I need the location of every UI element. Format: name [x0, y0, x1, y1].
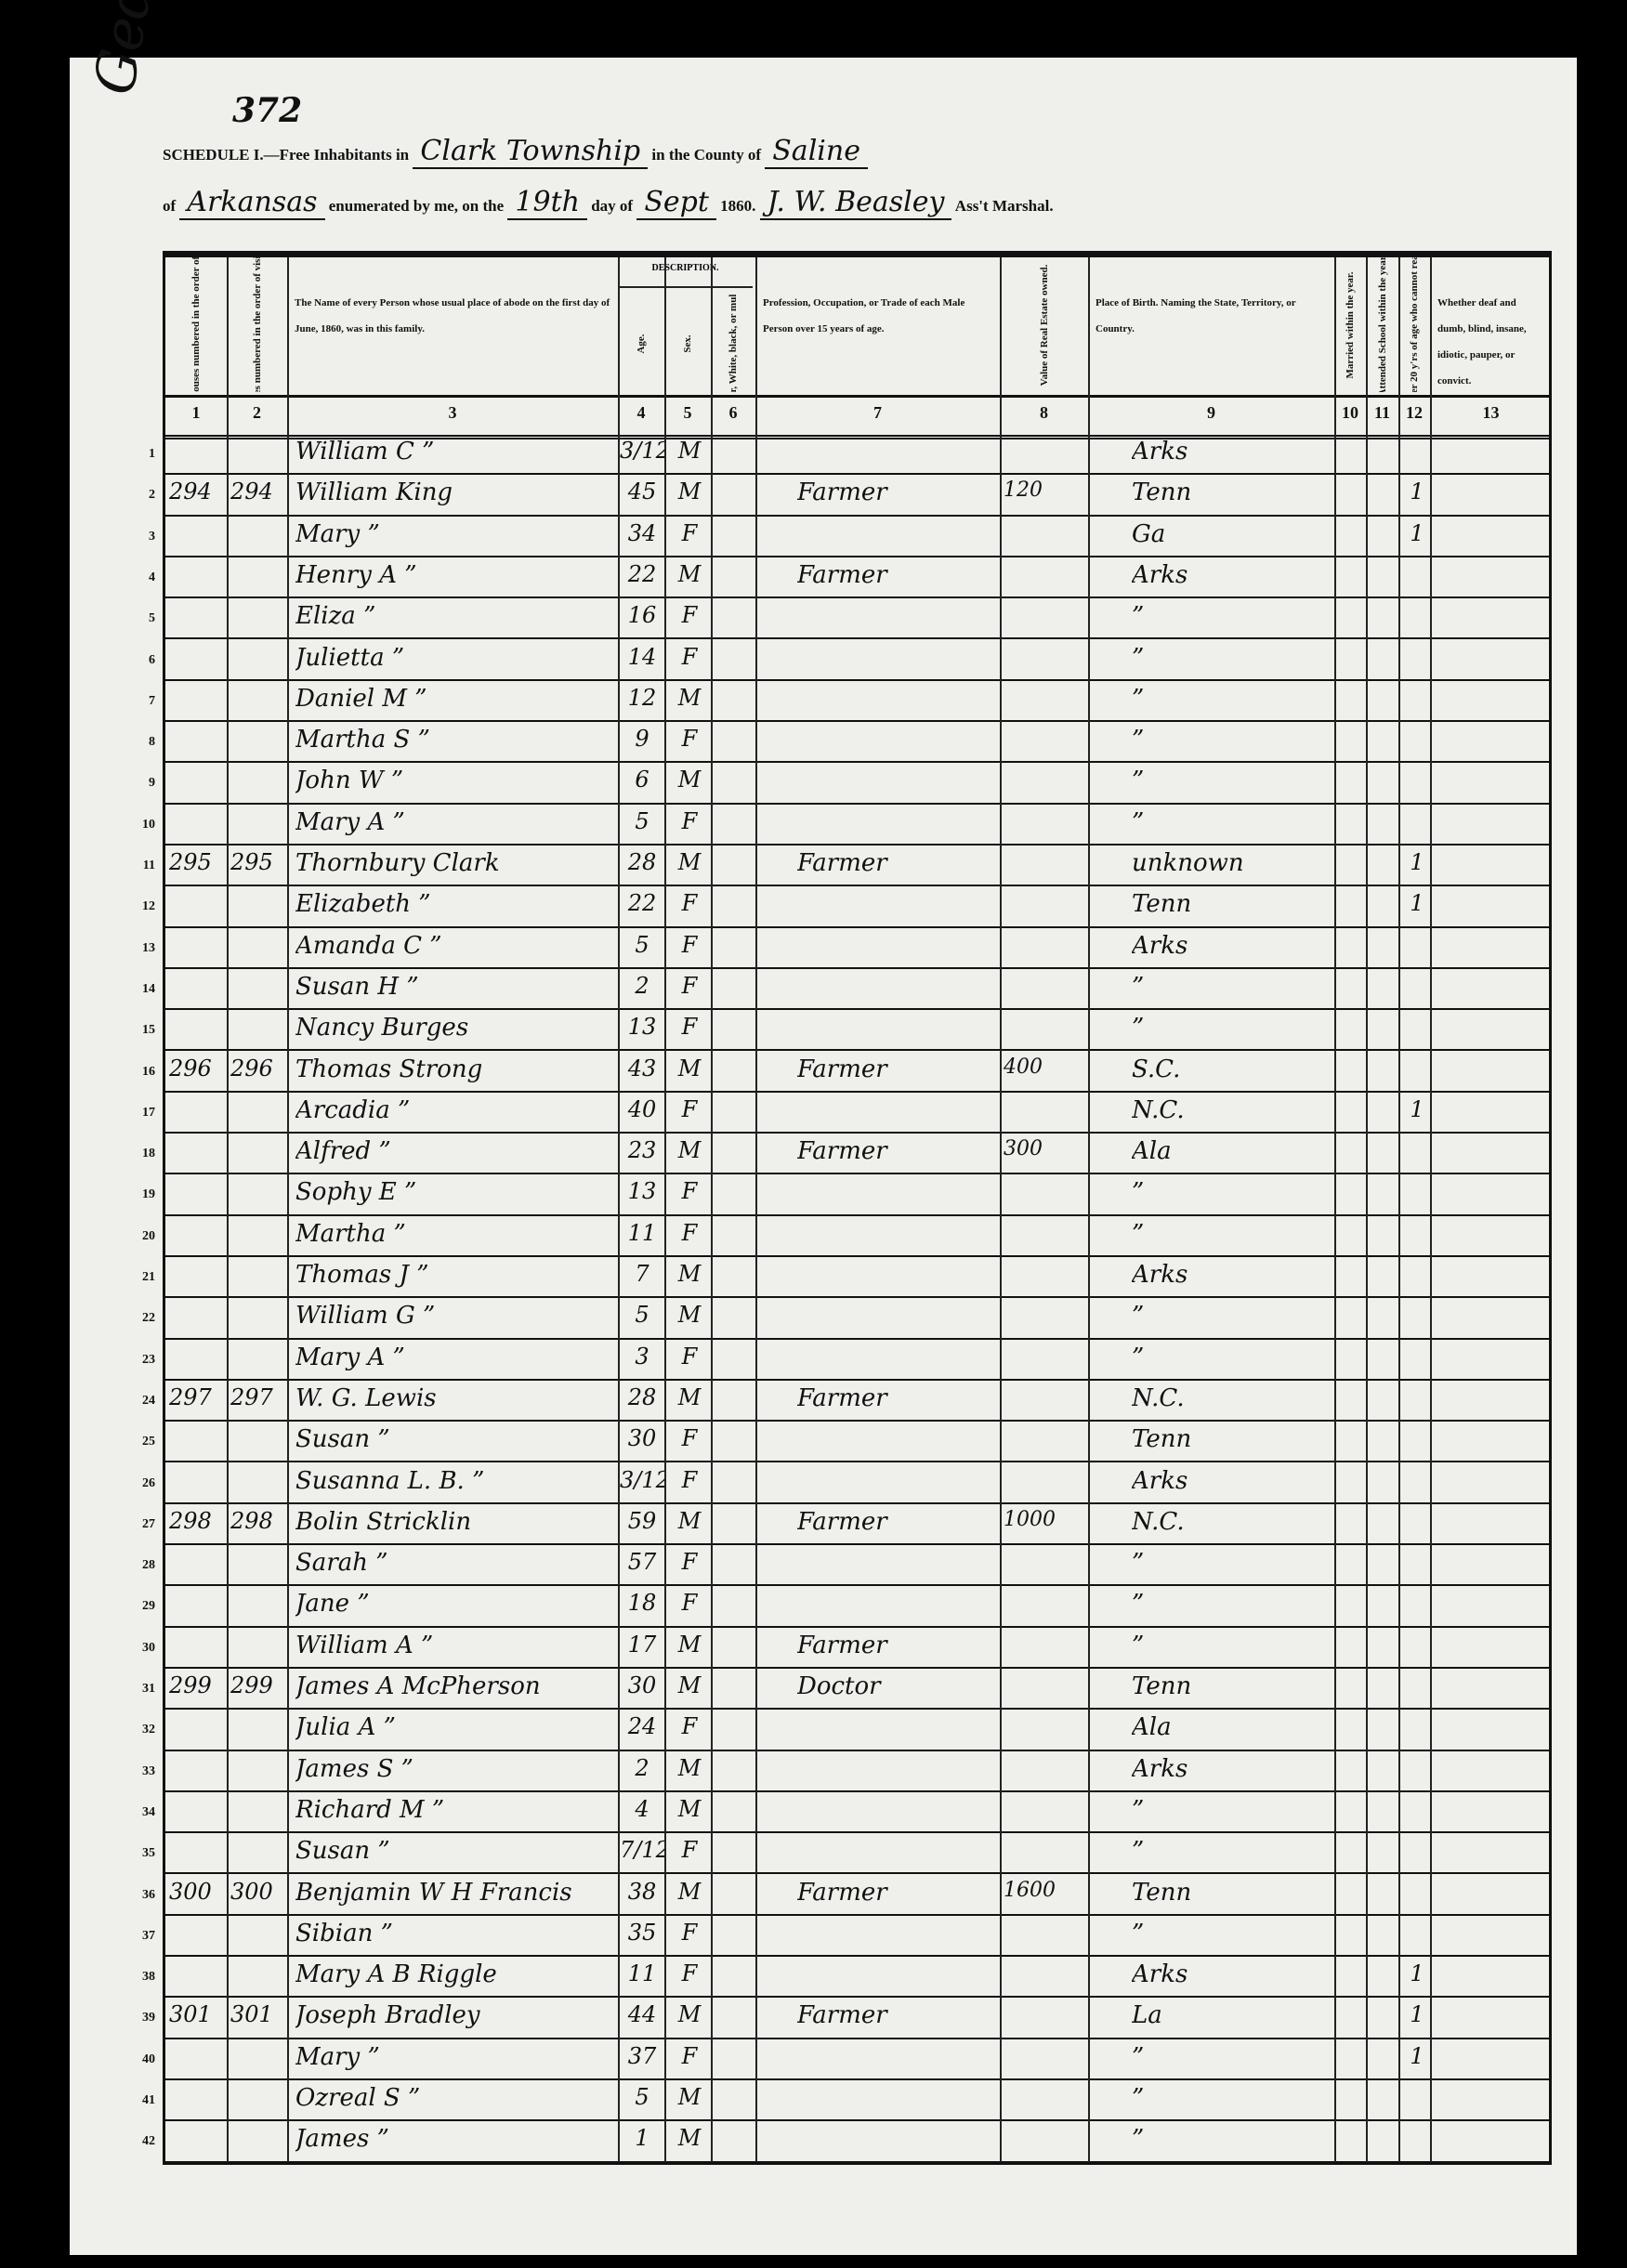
cell-age: 28 — [620, 849, 664, 875]
cell-occupation: Doctor — [797, 1672, 992, 1700]
cell-birthplace: Tenn — [1132, 479, 1327, 506]
table-row: 25Susan ”30FTenn — [165, 1422, 1549, 1462]
column-number: 13 — [1430, 403, 1552, 423]
cell-name: Henry A ” — [295, 561, 616, 589]
cell-birthplace: ” — [1132, 808, 1327, 836]
cell-name: Ozreal S ” — [295, 2084, 616, 2112]
column-header-6: Color, White, black, or mulatto. — [711, 295, 755, 392]
cell-sex: M — [669, 1384, 710, 1410]
line-number: 23 — [135, 1353, 155, 1368]
line-number: 8 — [135, 735, 155, 750]
cell-c12: 1 — [1406, 1960, 1428, 1986]
table-row: 14Susan H ”2F” — [165, 969, 1549, 1010]
line-number: 6 — [135, 653, 155, 668]
cell-age: 3/12 — [620, 1467, 664, 1493]
cell-occupation: Farmer — [797, 1879, 992, 1907]
cell-name: Amanda C ” — [295, 932, 616, 960]
cell-age: 30 — [620, 1425, 664, 1451]
cell-age: 7 — [620, 1261, 664, 1287]
table-row: 4Henry A ”22MFarmerArks — [165, 557, 1549, 598]
county-field: Saline — [765, 135, 868, 169]
cell-birthplace: N.C. — [1132, 1096, 1327, 1124]
line-number: 27 — [135, 1517, 155, 1532]
line-number: 29 — [135, 1599, 155, 1614]
table-row: 33James S ”2MArks — [165, 1751, 1549, 1792]
line-number: 21 — [135, 1270, 155, 1285]
county-prefix: in the County of — [651, 146, 761, 164]
cell-age: 2 — [620, 973, 664, 999]
table-row: 37Sibian ”35F” — [165, 1916, 1549, 1957]
cell-name: Julietta ” — [295, 644, 616, 672]
column-header-7: Profession, Occupation, or Trade of each… — [755, 257, 1000, 392]
cell-name: Bolin Stricklin — [295, 1508, 616, 1536]
line-number: 28 — [135, 1558, 155, 1573]
cell-sex: F — [669, 1960, 710, 1986]
cell-age: 34 — [620, 520, 664, 546]
column-header-3: The Name of every Person whose usual pla… — [287, 257, 618, 392]
day-field: 19th — [507, 186, 587, 220]
table-row: 40Mary ”37F”1 — [165, 2039, 1549, 2080]
cell-occupation: Farmer — [797, 479, 992, 506]
line-number: 24 — [135, 1394, 155, 1409]
table-row: 7Daniel M ”12M” — [165, 681, 1549, 722]
cell-sex: M — [669, 2001, 710, 2027]
cell-name: Thomas J ” — [295, 1261, 616, 1289]
cell-birthplace: Ala — [1132, 1713, 1327, 1741]
cell-dwelling: 296 — [169, 1055, 225, 1082]
line-number: 30 — [135, 1641, 155, 1656]
cell-c12: 1 — [1406, 849, 1428, 875]
cell-sex: M — [669, 1672, 710, 1698]
column-header-13: Whether deaf and dumb, blind, insane, id… — [1430, 257, 1552, 392]
line-number: 40 — [135, 2052, 155, 2067]
cell-age: 5 — [620, 2084, 664, 2110]
table-row: 41Ozreal S ”5M” — [165, 2080, 1549, 2121]
line-number: 7 — [135, 694, 155, 709]
cell-age: 45 — [620, 479, 664, 505]
column-header-10: Married within the year. — [1334, 257, 1366, 392]
column-number: 5 — [664, 403, 711, 423]
cell-sex: M — [669, 1508, 710, 1534]
table-row: 30William A ”17MFarmer” — [165, 1628, 1549, 1669]
column-header-label: The Name of every Person whose usual pla… — [295, 297, 610, 334]
cell-age: 28 — [620, 1384, 664, 1410]
cell-sex: F — [669, 1096, 710, 1122]
cell-occupation: Farmer — [797, 1384, 992, 1412]
cell-age: 22 — [620, 890, 664, 916]
column-number: 10 — [1334, 403, 1366, 423]
cell-birthplace: ” — [1132, 1344, 1327, 1371]
cell-dwelling: 297 — [169, 1384, 225, 1410]
cell-age: 44 — [620, 2001, 664, 2027]
cell-name: William A ” — [295, 1632, 616, 1659]
cell-sex: M — [669, 767, 710, 793]
table-row: 3Mary ”34FGa1 — [165, 517, 1549, 557]
cell-name: Daniel M ” — [295, 685, 616, 713]
line-number: 14 — [135, 982, 155, 997]
line-number: 34 — [135, 1805, 155, 1820]
cell-family: 296 — [230, 1055, 286, 1082]
table-row: 9John W ”6M” — [165, 763, 1549, 804]
cell-birthplace: Tenn — [1132, 1425, 1327, 1453]
cell-birthplace: ” — [1132, 1014, 1327, 1042]
cell-occupation: Farmer — [797, 561, 992, 589]
cell-age: 2 — [620, 1755, 664, 1781]
cell-birthplace: ” — [1132, 726, 1327, 754]
table-row: 26Susanna L. B. ”3/12FArks — [165, 1463, 1549, 1504]
column-divider — [1334, 257, 1336, 2162]
table-row: 32Julia A ”24FAla — [165, 1710, 1549, 1750]
column-header-label: Profession, Occupation, or Trade of each… — [763, 297, 964, 334]
cell-age: 59 — [620, 1508, 664, 1534]
cell-sex: F — [669, 1713, 710, 1739]
line-number: 31 — [135, 1682, 155, 1697]
cell-birthplace: N.C. — [1132, 1384, 1327, 1412]
cell-name: Susan ” — [295, 1837, 616, 1865]
cell-sex: F — [669, 1590, 710, 1616]
cell-age: 38 — [620, 1879, 664, 1905]
line-number: 2 — [135, 488, 155, 503]
table-row: 10Mary A ”5F” — [165, 805, 1549, 846]
cell-name: Nancy Burges — [295, 1014, 616, 1042]
column-header-label: Color, White, black, or mulatto. — [728, 295, 739, 392]
line-number: 3 — [135, 530, 155, 544]
table-row: 12Elizabeth ”22FTenn1 — [165, 886, 1549, 927]
cell-sex: M — [669, 1796, 710, 1822]
cell-birthplace: ” — [1132, 685, 1327, 713]
cell-occupation: Farmer — [797, 1508, 992, 1536]
cell-birthplace: Tenn — [1132, 1672, 1327, 1700]
cell-name: Mary A ” — [295, 808, 616, 836]
month-field: Sept — [636, 186, 716, 220]
table-row: 39301301Joseph Bradley44MFarmerLa1 — [165, 1998, 1549, 2039]
column-number: 1 — [165, 403, 227, 423]
cell-birthplace: ” — [1132, 767, 1327, 794]
cell-name: Susan H ” — [295, 973, 616, 1001]
cell-sex: M — [669, 1632, 710, 1658]
cell-age: 3 — [620, 1344, 664, 1370]
line-number: 4 — [135, 570, 155, 585]
cell-age: 5 — [620, 808, 664, 834]
cell-family: 295 — [230, 849, 286, 875]
column-header-label: Persons over 20 y'rs of age who cannot r… — [1409, 257, 1420, 392]
cell-name: W. G. Lewis — [295, 1384, 616, 1412]
column-number: 11 — [1366, 403, 1398, 423]
cell-age: 3/12 — [620, 438, 664, 464]
cell-age: 11 — [620, 1960, 664, 1986]
column-number: 8 — [1000, 403, 1088, 423]
cell-name: Martha ” — [295, 1220, 616, 1248]
cell-birthplace: unknown — [1132, 849, 1327, 877]
cell-sex: F — [669, 1425, 710, 1451]
cell-c12: 1 — [1406, 890, 1428, 916]
cell-sex: F — [669, 1837, 710, 1863]
cell-name: Sarah ” — [295, 1549, 616, 1577]
column-header-label: Value of Real Estate owned. — [1039, 264, 1050, 386]
table-row: 1William C ”3/12MArks — [165, 434, 1549, 475]
cell-name: Elizabeth ” — [295, 890, 616, 918]
marshal-label: Ass't Marshal. — [955, 197, 1054, 215]
cell-family: 300 — [230, 1879, 286, 1905]
cell-sex: M — [669, 1755, 710, 1781]
cell-c12: 1 — [1406, 479, 1428, 505]
cell-sex: F — [669, 932, 710, 958]
cell-name: Mary ” — [295, 520, 616, 548]
cell-name: Susanna L. B. ” — [295, 1467, 616, 1495]
cell-sex: M — [669, 479, 710, 505]
column-number-row: 12345678910111213 — [165, 395, 1549, 439]
cell-name: Mary ” — [295, 2043, 616, 2071]
table-row: 18Alfred ”23MFarmer300Ala — [165, 1134, 1549, 1174]
year-label: 1860. — [720, 197, 755, 215]
cell-c12: 1 — [1406, 2001, 1428, 2027]
cell-age: 18 — [620, 1590, 664, 1616]
table-row: 35Susan ”7/12F” — [165, 1833, 1549, 1874]
schedule-prefix: SCHEDULE I.—Free Inhabitants in — [163, 146, 409, 164]
line-number: 1 — [135, 447, 155, 462]
column-header-label: Sex. — [682, 334, 693, 352]
cell-occupation: Farmer — [797, 1055, 992, 1083]
cell-age: 35 — [620, 1920, 664, 1946]
marshal-field: J. W. Beasley — [760, 186, 952, 220]
column-header-11: Attended School within the year. — [1366, 257, 1398, 392]
cell-real-estate: 1600 — [1004, 1879, 1087, 1902]
census-table: DESCRIPTION. 12345678910111213 1William … — [163, 251, 1552, 2165]
cell-name: Thomas Strong — [295, 1055, 616, 1083]
cell-birthplace: S.C. — [1132, 1055, 1327, 1083]
line-number: 18 — [135, 1147, 155, 1161]
line-number: 37 — [135, 1929, 155, 1944]
line-number: 16 — [135, 1065, 155, 1080]
table-row: 13Amanda C ”5FArks — [165, 928, 1549, 969]
table-row: 38Mary A B Riggle11FArks1 — [165, 1957, 1549, 1998]
cell-birthplace: Arks — [1132, 1960, 1327, 1988]
table-row: 23Mary A ”3F” — [165, 1340, 1549, 1381]
cell-birthplace: Arks — [1132, 1755, 1327, 1783]
cell-sex: F — [669, 726, 710, 752]
cell-sex: F — [669, 644, 710, 670]
cell-name: Mary A ” — [295, 1344, 616, 1371]
cell-birthplace: ” — [1132, 1178, 1327, 1206]
column-header-8: Value of Real Estate owned. — [1000, 257, 1088, 392]
table-row: 11295295Thornbury Clark28MFarmerunknown1 — [165, 846, 1549, 886]
cell-age: 5 — [620, 1302, 664, 1328]
cell-real-estate: 1000 — [1004, 1508, 1087, 1531]
column-divider — [1000, 257, 1002, 2162]
table-row: 21Thomas J ”7MArks — [165, 1257, 1549, 1298]
table-row: 5Eliza ”16F” — [165, 598, 1549, 639]
cell-name: William G ” — [295, 1302, 616, 1330]
cell-family: 294 — [230, 479, 286, 505]
cell-name: Eliza ” — [295, 602, 616, 630]
cell-age: 14 — [620, 644, 664, 670]
cell-dwelling: 294 — [169, 479, 225, 505]
cell-sex: F — [669, 1344, 710, 1370]
table-row: 42James ”1M” — [165, 2121, 1549, 2162]
cell-birthplace: ” — [1132, 602, 1327, 630]
cell-birthplace: Arks — [1132, 932, 1327, 960]
line-number: 20 — [135, 1229, 155, 1244]
cell-age: 16 — [620, 602, 664, 628]
line-number: 15 — [135, 1023, 155, 1038]
cell-sex: M — [669, 685, 710, 711]
line-number: 38 — [135, 1970, 155, 1985]
cell-age: 37 — [620, 2043, 664, 2069]
line-number: 19 — [135, 1187, 155, 1202]
column-header-4: Age. — [618, 295, 664, 392]
cell-age: 13 — [620, 1178, 664, 1204]
cell-age: 23 — [620, 1137, 664, 1163]
cell-sex: M — [669, 849, 710, 875]
cell-birthplace: Ala — [1132, 1137, 1327, 1165]
column-number: 6 — [711, 403, 755, 423]
day-label: day of — [591, 197, 633, 215]
line-number: 9 — [135, 776, 155, 791]
cell-birthplace: ” — [1132, 1590, 1327, 1618]
cell-sex: F — [669, 890, 710, 916]
column-number: 9 — [1088, 403, 1334, 423]
cell-age: 22 — [620, 561, 664, 587]
cell-birthplace: ” — [1132, 2043, 1327, 2071]
cell-sex: F — [669, 1920, 710, 1946]
column-header-5: Sex. — [664, 295, 711, 392]
cell-age: 30 — [620, 1672, 664, 1698]
line-number: 42 — [135, 2134, 155, 2149]
cell-c12: 1 — [1406, 1096, 1428, 1122]
cell-family: 301 — [230, 2001, 286, 2027]
cell-birthplace: Arks — [1132, 1467, 1327, 1495]
cell-sex: F — [669, 602, 710, 628]
cell-sex: F — [669, 1549, 710, 1575]
column-header-2: Families numbered in the order of visita… — [227, 257, 287, 392]
table-row: 6Julietta ”14F” — [165, 640, 1549, 681]
line-number: 12 — [135, 899, 155, 914]
column-divider — [755, 257, 757, 2162]
column-header-1: Dwelling-houses numbered in the order of… — [165, 257, 227, 392]
cell-birthplace: ” — [1132, 1549, 1327, 1577]
cell-birthplace: Arks — [1132, 561, 1327, 589]
cell-sex: F — [669, 1220, 710, 1246]
cell-birthplace: ” — [1132, 1796, 1327, 1824]
table-row: 31299299James A McPherson30MDoctorTenn — [165, 1669, 1549, 1710]
cell-dwelling: 298 — [169, 1508, 225, 1534]
cell-birthplace: ” — [1132, 1220, 1327, 1248]
cell-sex: M — [669, 561, 710, 587]
state-prefix: of — [163, 197, 176, 215]
cell-sex: F — [669, 1178, 710, 1204]
enumerated-label: enumerated by me, on the — [329, 197, 504, 215]
table-row: 28Sarah ”57F” — [165, 1545, 1549, 1586]
cell-birthplace: ” — [1132, 1632, 1327, 1659]
cell-age: 13 — [620, 1014, 664, 1040]
table-row: 29Jane ”18F” — [165, 1586, 1549, 1627]
cell-age: 24 — [620, 1713, 664, 1739]
cell-age: 6 — [620, 767, 664, 793]
line-number: 36 — [135, 1888, 155, 1903]
cell-sex: M — [669, 1261, 710, 1287]
cell-sex: M — [669, 1137, 710, 1163]
column-divider — [618, 257, 620, 2162]
column-number: 3 — [287, 403, 618, 423]
line-number: 13 — [135, 941, 155, 956]
table-row: 15Nancy Burges13F” — [165, 1010, 1549, 1051]
cell-age: 57 — [620, 1549, 664, 1575]
cell-name: Julia A ” — [295, 1713, 616, 1741]
table-row: 20Martha ”11F” — [165, 1216, 1549, 1257]
cell-dwelling: 301 — [169, 2001, 225, 2027]
column-header-label: Families numbered in the order of visita… — [252, 257, 263, 392]
cell-birthplace: ” — [1132, 973, 1327, 1001]
cell-name: Arcadia ” — [295, 1096, 616, 1124]
column-header-label: Place of Birth. Naming the State, Territ… — [1096, 297, 1295, 334]
cell-name: Thornbury Clark — [295, 849, 616, 877]
column-header-label: Attended School within the year. — [1377, 257, 1388, 392]
line-number: 11 — [135, 859, 155, 873]
page-number: 372 — [232, 91, 302, 130]
cell-family: 297 — [230, 1384, 286, 1410]
table-row: 36300300Benjamin W H Francis38MFarmer160… — [165, 1875, 1549, 1916]
cell-age: 40 — [620, 1096, 664, 1122]
cell-birthplace: ” — [1132, 1302, 1327, 1330]
cell-birthplace: N.C. — [1132, 1508, 1327, 1536]
cell-name: Susan ” — [295, 1425, 616, 1453]
cell-name: Benjamin W H Francis — [295, 1879, 616, 1907]
cell-sex: F — [669, 520, 710, 546]
cell-age: 5 — [620, 932, 664, 958]
column-divider — [227, 257, 229, 2162]
cell-name: Alfred ” — [295, 1137, 616, 1165]
column-divider — [1398, 257, 1400, 2162]
cell-sex: M — [669, 438, 710, 464]
table-row: 8Martha S ”9F” — [165, 722, 1549, 763]
cell-sex: M — [669, 1302, 710, 1328]
cell-real-estate: 400 — [1004, 1055, 1087, 1079]
column-number: 12 — [1398, 403, 1430, 423]
cell-birthplace: Arks — [1132, 438, 1327, 465]
cell-sex: F — [669, 1467, 710, 1493]
cell-age: 7/12 — [620, 1837, 664, 1863]
column-header-9: Place of Birth. Naming the State, Territ… — [1088, 257, 1334, 392]
cell-sex: F — [669, 973, 710, 999]
cell-c12: 1 — [1406, 520, 1428, 546]
cell-name: Mary A B Riggle — [295, 1960, 616, 1988]
cell-sex: F — [669, 2043, 710, 2069]
column-header-12: Persons over 20 y'rs of age who cannot r… — [1398, 257, 1430, 392]
column-header-label: Married within the year. — [1345, 271, 1356, 378]
table-row: 19Sophy E ”13F” — [165, 1174, 1549, 1215]
cell-birthplace: ” — [1132, 2084, 1327, 2112]
cell-birthplace: ” — [1132, 2125, 1327, 2153]
line-number: 41 — [135, 2093, 155, 2108]
cell-birthplace: Tenn — [1132, 890, 1327, 918]
cell-name: James A McPherson — [295, 1672, 616, 1700]
column-divider — [664, 257, 666, 2162]
schedule-title-line-1: SCHEDULE I.—Free Inhabitants in Clark To… — [163, 135, 1571, 167]
table-row: 17Arcadia ”40FN.C.1 — [165, 1093, 1549, 1134]
table-row: 2294294William King45MFarmer120Tenn1 — [165, 475, 1549, 516]
cell-name: Martha S ” — [295, 726, 616, 754]
line-number: 26 — [135, 1476, 155, 1491]
column-divider — [1366, 257, 1368, 2162]
cell-birthplace: La — [1132, 2001, 1327, 2029]
column-number: 4 — [618, 403, 664, 423]
cell-age: 12 — [620, 685, 664, 711]
cell-sex: M — [669, 2125, 710, 2151]
table-row: 34Richard M ”4M” — [165, 1792, 1549, 1833]
description-group-label: DESCRIPTION. — [618, 263, 753, 288]
column-divider — [711, 257, 713, 2162]
cell-birthplace: Arks — [1132, 1261, 1327, 1289]
